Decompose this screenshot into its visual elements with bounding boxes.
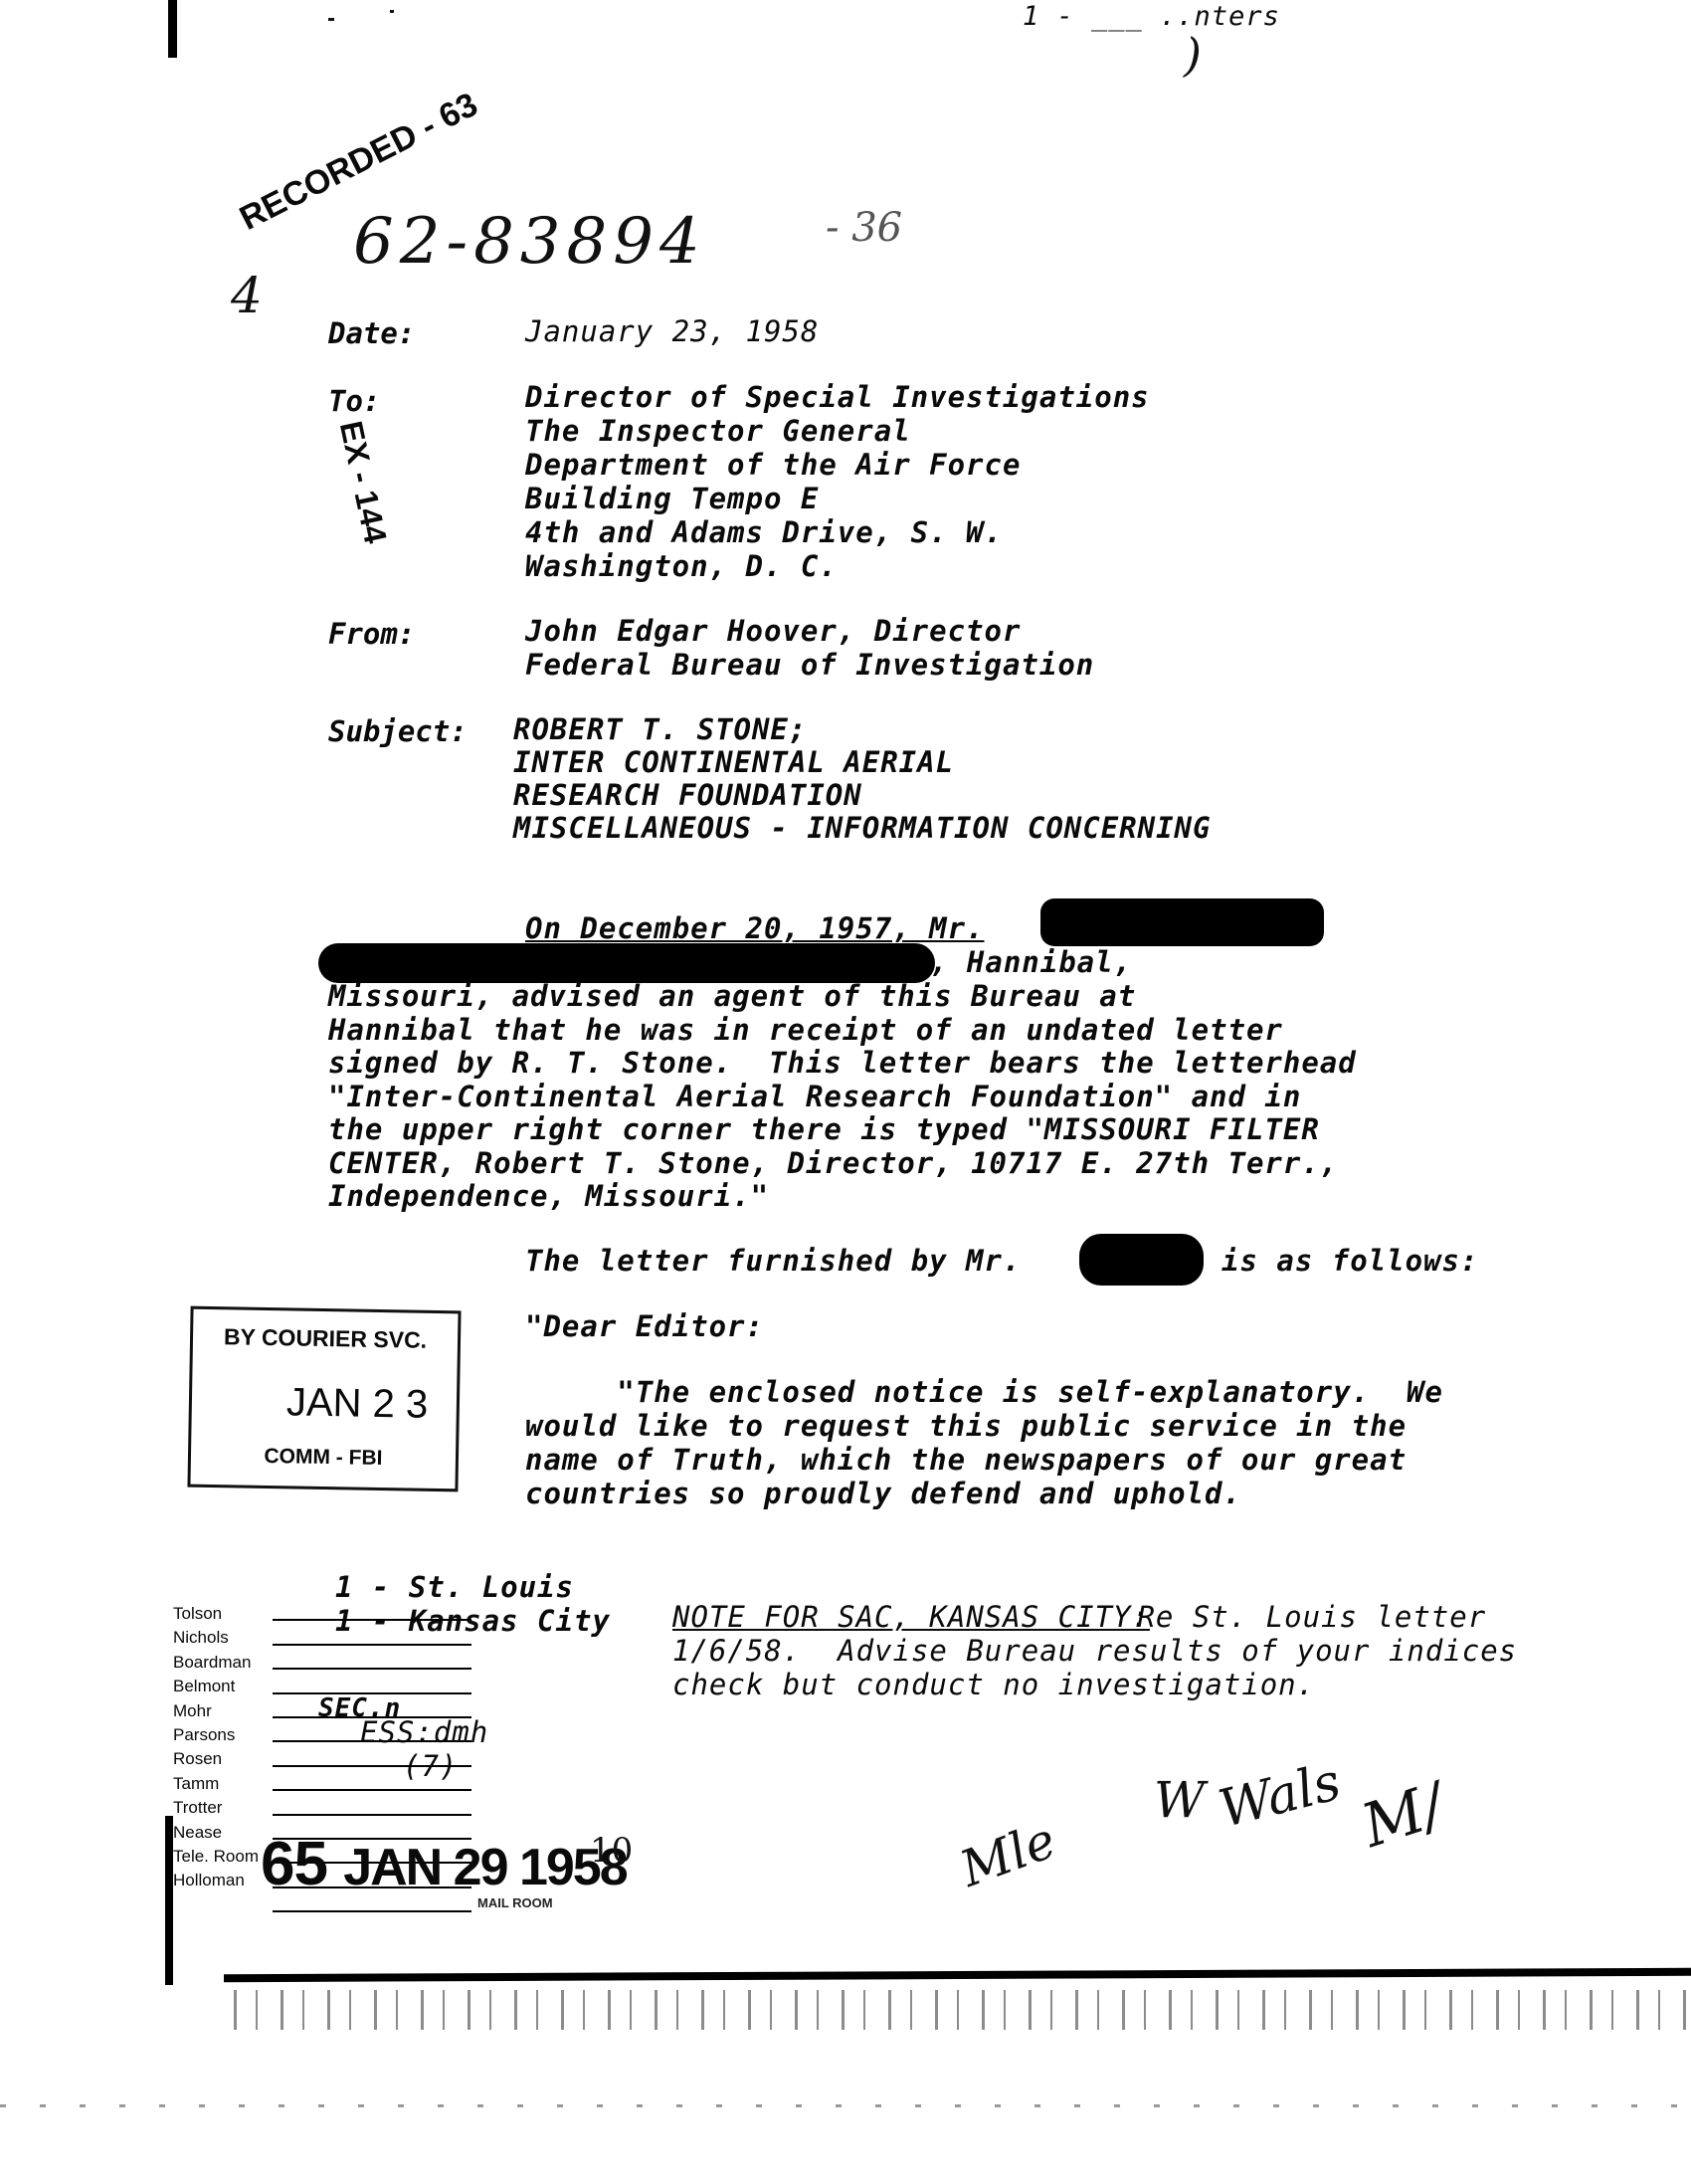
scan-speck	[328, 18, 334, 21]
date-value: January 23, 1958	[525, 314, 819, 348]
routing-slip-name: Tele. Room	[173, 1845, 259, 1869]
para1-first-line: On December 20, 1957, Mr.	[525, 911, 985, 945]
routing-slip-rule	[273, 1910, 471, 1912]
handwritten-initials-2: W	[1154, 1771, 1205, 1829]
para1-line: the upper right corner there is typed "M…	[328, 1112, 1320, 1146]
routing-slip-name: Tamm	[173, 1772, 219, 1796]
quoted-letter-line: would like to request this public servic…	[525, 1409, 1407, 1443]
routing-slip-name: Trotter	[173, 1796, 222, 1820]
redaction-address	[318, 943, 935, 983]
from-line: John Edgar Hoover, Director	[525, 614, 1021, 648]
para1-line: "Inter-Continental Aerial Research Found…	[328, 1080, 1301, 1113]
routing-slip-rule	[273, 1740, 471, 1742]
routing-slip-row: Boardman	[173, 1651, 471, 1675]
to-address-line: Director of Special Investigations	[525, 380, 1150, 414]
to-address-line: Department of the Air Force	[525, 448, 1021, 482]
courier-stamp-line1: BY COURIER SVC.	[193, 1323, 458, 1355]
mail-room-date-stamp: 65 JAN 29 1958	[261, 1829, 627, 1899]
scan-noise-band	[234, 1990, 1686, 2030]
margin-arrow	[165, 1816, 173, 1985]
quoted-letter-line: "The enclosed notice is self-explanatory…	[525, 1375, 1443, 1409]
routing-slip-name: Nichols	[173, 1626, 229, 1650]
to-label: To:	[328, 384, 380, 418]
routing-slip-rule	[273, 1765, 471, 1767]
routing-slip-row: Tolson	[173, 1602, 471, 1626]
routing-slip-row: Rosen	[173, 1747, 471, 1771]
redaction-name	[1040, 898, 1324, 946]
bottom-rule	[224, 1968, 1691, 1982]
routing-slip-rule	[273, 1789, 471, 1791]
header-copy-note: 1 - ___ ..nters	[1023, 0, 1280, 34]
routing-slip-rule	[273, 1644, 471, 1646]
file-suffix-handwritten: - 36	[826, 205, 902, 251]
to-address-line: Building Tempo E	[525, 482, 819, 515]
para2-before: The letter furnished by Mr.	[525, 1244, 1021, 1278]
binding-mark	[168, 0, 177, 58]
para1-second-line-tail: , Hannibal,	[930, 945, 1132, 979]
routing-slip-rule	[273, 1716, 471, 1718]
handwritten-check-mark: 4	[231, 267, 263, 324]
routing-slip-name: Holloman	[173, 1869, 245, 1892]
courier-stamp-line3: COMM - FBI	[191, 1444, 456, 1473]
mail-room-date: JAN 29 1958	[343, 1839, 626, 1896]
routing-slip-rule	[273, 1814, 471, 1816]
file-number-handwritten: 62-83894	[353, 205, 706, 279]
routing-slip-rule	[273, 1668, 471, 1670]
scan-speck	[390, 10, 394, 13]
mail-room-sublabel: MAIL ROOM	[477, 1895, 553, 1910]
from-label: From:	[328, 617, 415, 651]
copy-st-louis: 1 - St. Louis	[335, 1570, 574, 1604]
para1-line: Missouri, advised an agent of this Burea…	[328, 979, 1136, 1013]
routing-slip-name: Tolson	[173, 1602, 222, 1626]
routing-slip-name: Parsons	[173, 1723, 235, 1747]
from-line: Federal Bureau of Investigation	[525, 648, 1094, 682]
para2-after: is as follows:	[1221, 1244, 1478, 1278]
routing-slip-row: Parsons	[173, 1723, 471, 1747]
routing-slip-row: Tamm	[173, 1772, 471, 1796]
handwritten-initials-3: Wals	[1214, 1752, 1347, 1840]
note-line-2: 1/6/58. Advise Bureau results of your in…	[672, 1634, 1517, 1668]
subject-line: INTER CONTINENTAL AERIAL	[513, 745, 954, 779]
routing-slip-name: Belmont	[173, 1675, 235, 1698]
routing-slip-row: Mohr	[173, 1699, 471, 1723]
to-address-line: Washington, D. C.	[525, 549, 838, 583]
mail-room-number: 65	[261, 1830, 327, 1898]
courier-stamp-date: JAN 2 3	[286, 1380, 429, 1427]
routing-slip-row: Trotter	[173, 1796, 471, 1820]
quoted-letter-line: name of Truth, which the newspapers of o…	[525, 1443, 1407, 1477]
ex-number-stamp: EX - 144	[332, 418, 394, 546]
date-stamp-superscript: 10	[590, 1831, 633, 1871]
subject-label: Subject:	[328, 714, 468, 748]
routing-slip-rule	[273, 1619, 471, 1621]
routing-slip-rule	[273, 1692, 471, 1694]
salutation: "Dear Editor:	[525, 1309, 764, 1343]
para1-line: signed by R. T. Stone. This letter bears…	[328, 1046, 1357, 1080]
para1-line: Hannibal that he was in receipt of an un…	[328, 1013, 1283, 1047]
note-heading: NOTE FOR SAC, KANSAS CITY:	[672, 1600, 1150, 1634]
para1-line: CENTER, Robert T. Stone, Director, 10717…	[328, 1146, 1338, 1180]
para1-line: Independence, Missouri."	[328, 1179, 769, 1213]
date-label: Date:	[328, 316, 415, 350]
scan-noise-dots	[0, 2104, 1691, 2107]
handwritten-initials-4: M/	[1354, 1770, 1452, 1862]
to-address-line: 4th and Adams Drive, S. W.	[525, 515, 1003, 549]
to-address-line: The Inspector General	[525, 414, 911, 448]
routing-slip-row: Belmont	[173, 1675, 471, 1698]
handwritten-initials-1: Mle	[953, 1811, 1063, 1898]
subject-line: ROBERT T. STONE;	[513, 712, 807, 746]
routing-slip-name: Mohr	[173, 1699, 212, 1723]
routing-slip-name: Boardman	[173, 1651, 251, 1675]
routing-slip-name: Nease	[173, 1821, 222, 1845]
courier-stamp: BY COURIER SVC. JAN 2 3 COMM - FBI	[187, 1306, 461, 1492]
note-line-3: check but conduct no investigation.	[672, 1668, 1315, 1701]
subject-line: MISCELLANEOUS - INFORMATION CONCERNING	[513, 811, 1211, 845]
note-line-1: Re St. Louis letter	[1119, 1600, 1486, 1634]
redaction-name-2	[1079, 1234, 1204, 1286]
handwritten-circle-mark: )	[1184, 28, 1202, 82]
subject-line: RESEARCH FOUNDATION	[513, 778, 862, 812]
routing-slip-name: Rosen	[173, 1747, 222, 1771]
quoted-letter-line: countries so proudly defend and uphold.	[525, 1477, 1241, 1510]
routing-slip-row: Nichols	[173, 1626, 471, 1650]
